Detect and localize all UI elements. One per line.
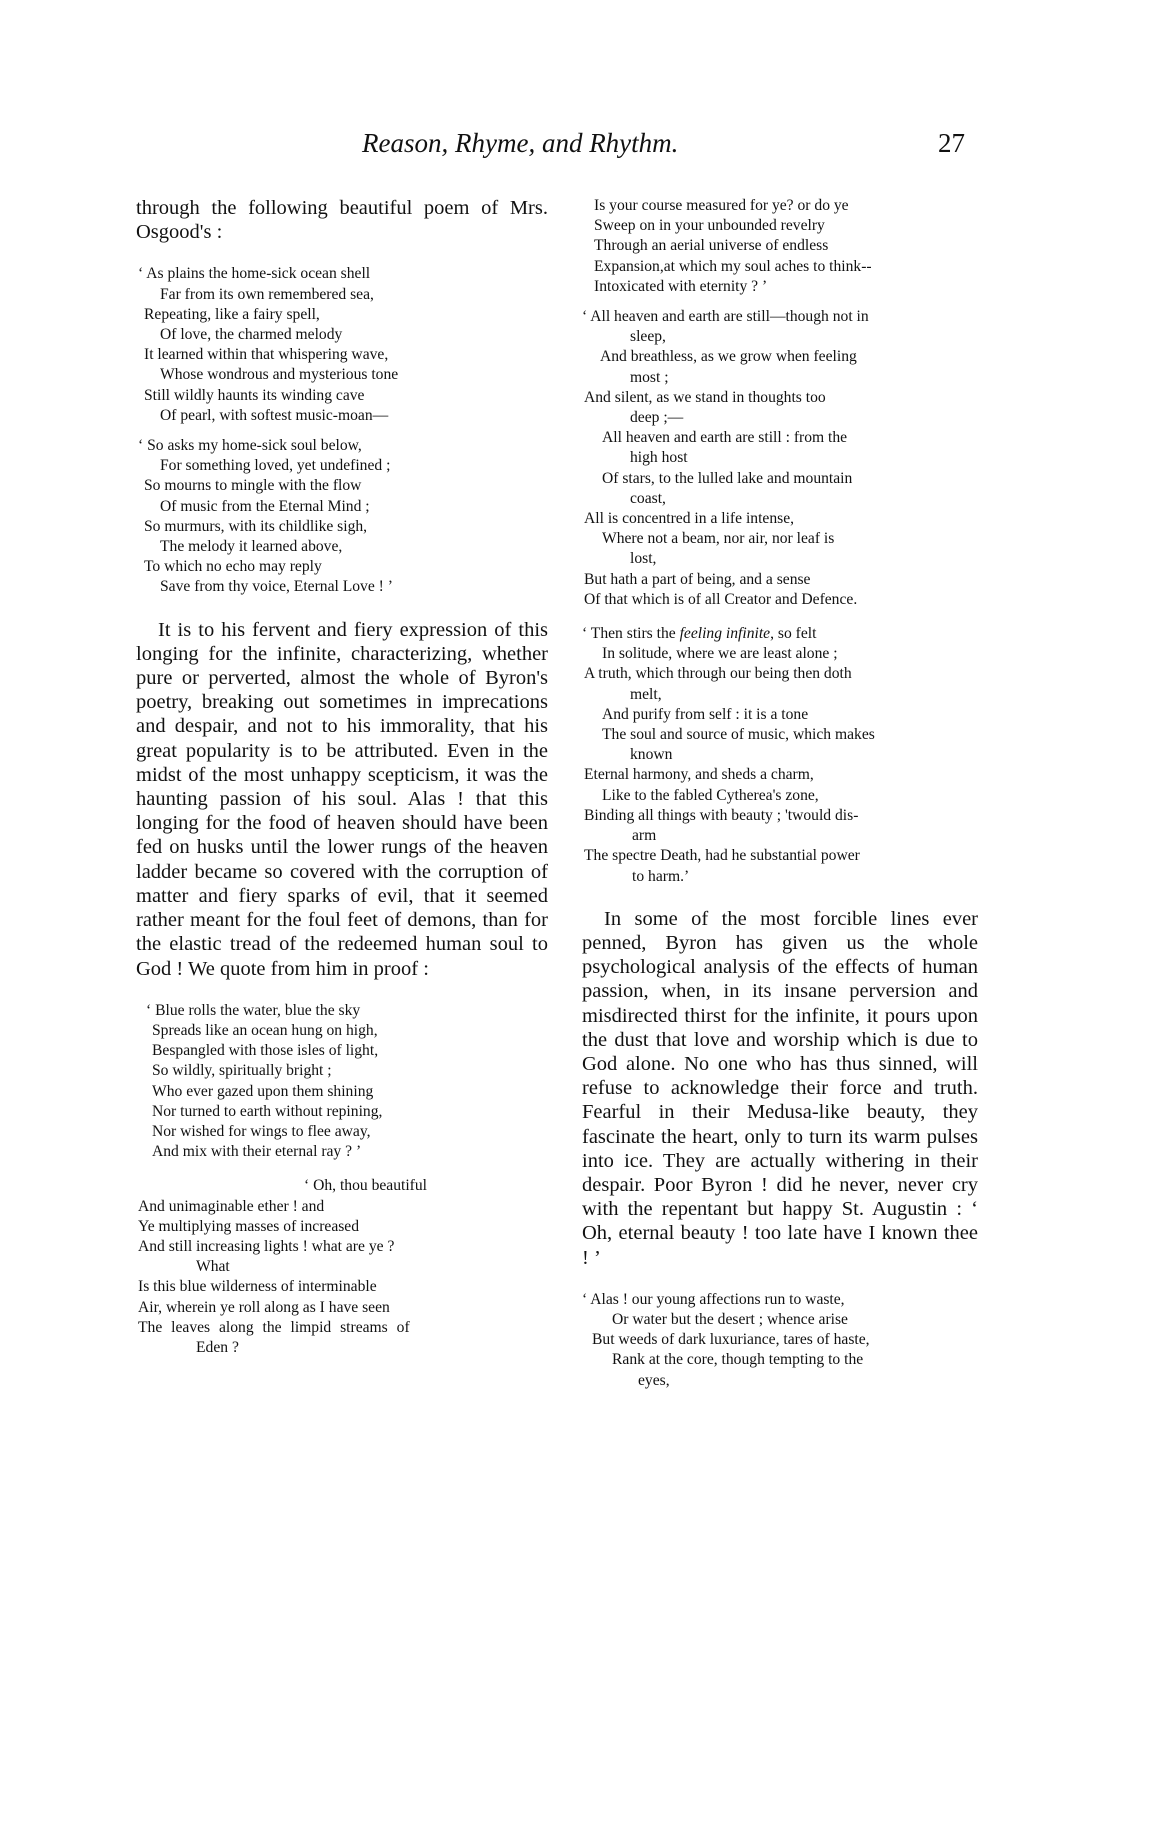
poem-alas: ‘ Alas ! our young affections run to was… — [582, 1290, 978, 1391]
poem-line: known — [582, 745, 978, 765]
poem-line: Ye multiplying masses of increased — [138, 1217, 548, 1237]
poem-osgood-stanza-2: ‘ So asks my home-sick soul below, For s… — [136, 436, 548, 598]
poem-line: So murmurs, with its childlike sigh, — [138, 517, 548, 537]
poem-line: eyes, — [582, 1371, 978, 1391]
poem-line: Of stars, to the lulled lake and mountai… — [582, 469, 978, 489]
poem-line: Of love, the charmed melody — [138, 325, 548, 345]
poem-line: What — [138, 1257, 548, 1277]
right-column: Is your course measured for ye? or do ye… — [582, 196, 978, 1391]
poem-line: high host — [582, 448, 978, 468]
poem-line: Bespangled with those isles of light, — [146, 1041, 548, 1061]
poem-line: Repeating, like a fairy spell, — [138, 305, 548, 325]
poem-line: Rank at the core, though tempting to the — [582, 1350, 978, 1370]
poem-childe-harold-2: ‘ Then stirs the feeling infinite, so fe… — [582, 624, 978, 887]
poem-line: Through an aerial universe of endless — [594, 236, 978, 256]
poem-line: Or water but the desert ; whence arise — [582, 1310, 978, 1330]
poem-line: For something loved, yet undefined ; — [138, 456, 548, 476]
poem-line: arm — [582, 826, 978, 846]
poem-childe-harold-1: ‘ All heaven and earth are still—though … — [582, 307, 978, 610]
poem-line: coast, — [582, 489, 978, 509]
paragraph-byron: It is to his fervent and fiery expressio… — [136, 618, 548, 981]
poem-line: And still increasing lights ! what are y… — [138, 1237, 548, 1257]
page-number: 27 — [938, 128, 965, 159]
poem-line: Where not a beam, nor air, nor leaf is — [582, 529, 978, 549]
poem-line: melt, — [582, 685, 978, 705]
poem-line: Like to the fabled Cytherea's zone, — [582, 786, 978, 806]
poem-line: Of that which is of all Creator and Defe… — [582, 590, 978, 610]
poem-line: Of pearl, with softest music-moan— — [138, 406, 548, 426]
poem-line: It learned within that whispering wave, — [138, 345, 548, 365]
poem-text: ‘ Then stirs the — [582, 625, 680, 642]
poem-line: Eternal harmony, and sheds a charm, — [582, 765, 978, 785]
poem-osgood-stanza-1: ‘ As plains the home-sick ocean shell Fa… — [136, 264, 548, 426]
poem-line: ‘ All heaven and earth are still—though … — [582, 307, 978, 327]
poem-blue-rolls: ‘ Blue rolls the water, blue the sky Spr… — [136, 1001, 548, 1163]
poem-line: sleep, — [582, 327, 978, 347]
poem-text: , so felt — [770, 625, 816, 642]
poem-line: To which no echo may reply — [138, 557, 548, 577]
poem-line: ‘ So asks my home-sick soul below, — [138, 436, 548, 456]
poem-line: Binding all things with beauty ; 'twould… — [582, 806, 978, 826]
poem-line: ‘ Then stirs the feeling infinite, so fe… — [582, 624, 978, 644]
poem-line: The leaves along the limpid streams of — [138, 1318, 548, 1338]
poem-line: All is concentred in a life intense, — [582, 509, 978, 529]
poem-line: Spreads like an ocean hung on high, — [146, 1021, 548, 1041]
poem-line: ‘ As plains the home-sick ocean shell — [138, 264, 548, 284]
page-header: Reason, Rhyme, and Rhythm. 27 — [0, 128, 1152, 168]
poem-line: Air, wherein ye roll along as I have see… — [138, 1298, 548, 1318]
poem-line: Expansion,at which my soul aches to thin… — [594, 257, 978, 277]
poem-line: The soul and source of music, which make… — [582, 725, 978, 745]
poem-line: And breathless, as we grow when feeling — [582, 347, 978, 367]
running-title: Reason, Rhyme, and Rhythm. — [362, 128, 678, 159]
poem-line: So wildly, spiritually bright ; — [146, 1061, 548, 1081]
poem-line: Whose wondrous and mysterious tone — [138, 365, 548, 385]
poem-line: But weeds of dark luxuriance, tares of h… — [582, 1330, 978, 1350]
poem-line: But hath a part of being, and a sense — [582, 570, 978, 590]
poem-line: Intoxicated with eternity ? ’ — [594, 277, 978, 297]
poem-line: The spectre Death, had he substantial po… — [582, 846, 978, 866]
poem-manfred-continued: Is your course measured for ye? or do ye… — [582, 196, 978, 297]
poem-line: ‘ Oh, thou beautiful — [138, 1176, 548, 1196]
poem-line: In solitude, where we are least alone ; — [582, 644, 978, 664]
poem-line: Nor wished for wings to flee away, — [146, 1122, 548, 1142]
poem-line: Who ever gazed upon them shining — [146, 1082, 548, 1102]
poem-line: Save from thy voice, Eternal Love ! ’ — [138, 577, 548, 597]
left-column: through the following beautiful poem of … — [136, 196, 548, 1358]
poem-line: The melody it learned above, — [138, 537, 548, 557]
poem-line: And unimaginable ether ! and — [138, 1197, 548, 1217]
poem-line: Far from its own remembered sea, — [138, 285, 548, 305]
italic-phrase: feeling infinite — [680, 625, 771, 642]
poem-line: All heaven and earth are still : from th… — [582, 428, 978, 448]
intro-paragraph: through the following beautiful poem of … — [136, 196, 548, 244]
poem-line: Is this blue wilderness of interminable — [138, 1277, 548, 1297]
poem-line: ‘ Blue rolls the water, blue the sky — [146, 1001, 548, 1021]
poem-line: And silent, as we stand in thoughts too — [582, 388, 978, 408]
poem-line: So mourns to mingle with the flow — [138, 476, 548, 496]
poem-line: Nor turned to earth without repining, — [146, 1102, 548, 1122]
poem-line: Still wildly haunts its winding cave — [138, 386, 548, 406]
poem-line: most ; — [582, 368, 978, 388]
poem-line: deep ;— — [582, 408, 978, 428]
poem-line: Of music from the Eternal Mind ; — [138, 497, 548, 517]
poem-line: Eden ? — [138, 1338, 548, 1358]
poem-line: And purify from self : it is a tone — [582, 705, 978, 725]
poem-line: Sweep on in your unbounded revelry — [594, 216, 978, 236]
poem-line: ‘ Alas ! our young affections run to was… — [582, 1290, 978, 1310]
poem-line: And mix with their eternal ray ? ’ — [146, 1142, 548, 1162]
poem-line: lost, — [582, 549, 978, 569]
poem-line: Is your course measured for ye? or do ye — [594, 196, 978, 216]
poem-manfred: ‘ Oh, thou beautiful And unimaginable et… — [136, 1176, 548, 1358]
poem-line: A truth, which through our being then do… — [582, 664, 978, 684]
paragraph-augustin: In some of the most forcible lines ever … — [582, 907, 978, 1270]
poem-line: to harm.’ — [582, 867, 978, 887]
